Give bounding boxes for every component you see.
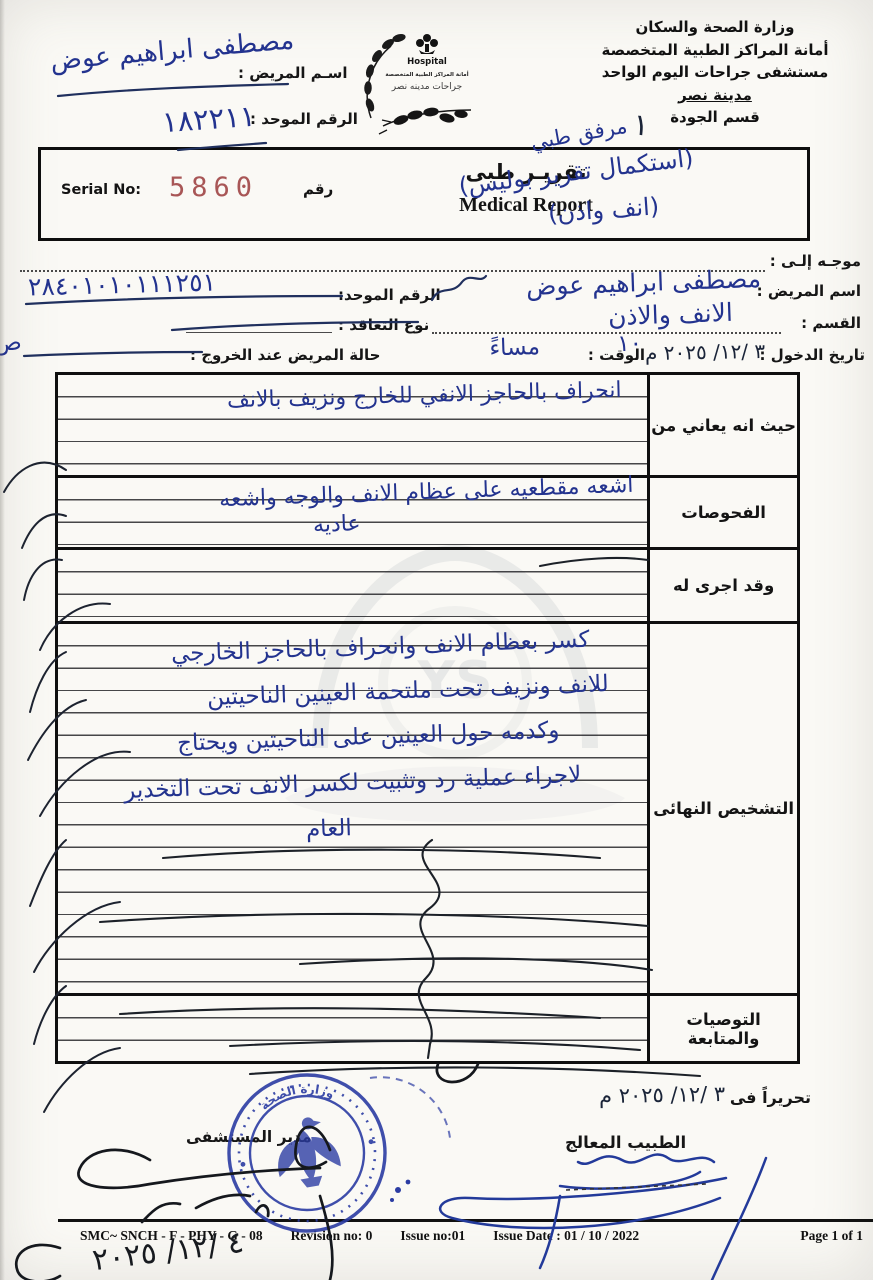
row-label-recommendations: التوصيات والمتابعة bbox=[647, 996, 797, 1061]
complaint-cell: انحراف بالحاجز الانفي للخارج ونزيف بالان… bbox=[58, 375, 647, 475]
egypt-eagle-icon bbox=[270, 1113, 344, 1192]
table-row-complaint: انحراف بالحاجز الانفي للخارج ونزيف بالان… bbox=[58, 375, 797, 475]
exams-handwriting-2: عاديه bbox=[313, 511, 361, 538]
signature-dotted-line bbox=[566, 1184, 706, 1190]
row-label-complaint: حيث انه يعاني من bbox=[647, 375, 797, 475]
raqam-label: رقم bbox=[303, 180, 333, 198]
diagnosis-line-5: العام bbox=[306, 815, 353, 843]
ministry-line: وزارة الصحة والسكان bbox=[565, 16, 865, 39]
treating-physician-label: الطبيب المعالج bbox=[565, 1133, 686, 1152]
row-label-procedures: وقد اجرى له bbox=[647, 550, 797, 621]
diagnosis-line-2: للانف ونزيف تحت ملتحمة العينين الناحيتين bbox=[207, 671, 609, 711]
recommendations-cell bbox=[58, 996, 647, 1061]
logo-wreath-icon: Hospital أمانة المراكز الطبية المتخصصة ج… bbox=[343, 26, 498, 156]
table-row-diagnosis: كسر بعظام الانف وانحراف بالحاجز الخارجي … bbox=[58, 621, 797, 993]
top-unified-value: ١٨٢٢١١ bbox=[161, 99, 257, 139]
contract-type-line bbox=[186, 318, 332, 333]
diagnosis-line-3: وكدمه حول العينين على الناحيتين ويحتاج bbox=[176, 717, 559, 756]
directed-to-label: موجـه إلـى : bbox=[770, 252, 861, 270]
row-label-diagnosis: التشخيص النهائى bbox=[647, 624, 797, 993]
footer-rule bbox=[58, 1219, 873, 1222]
handwritten-quality-mark: ١ bbox=[631, 107, 651, 143]
diagnosis-cell: كسر بعظام الانف وانحراف بالحاجز الخارجي … bbox=[58, 624, 647, 993]
exams-cell: اشعه مقطعيه على عظام الانف والوجه واشعه … bbox=[58, 478, 647, 547]
ministry-line: أمانة المراكز الطبية المتخصصة bbox=[565, 39, 865, 62]
top-unified-label: الرقم الموحد : bbox=[250, 110, 358, 128]
contract-type-label: نوع التعاقد : bbox=[338, 316, 429, 334]
report-table: انحراف بالحاجز الانفي للخارج ونزيف بالان… bbox=[55, 372, 800, 1064]
medical-report-scan: وزارة الصحة والسكان أمانة المراكز الطبية… bbox=[0, 0, 873, 1280]
top-patient-name-label: اسـم المريض : bbox=[238, 64, 347, 82]
footer-issue-no: Issue no:01 bbox=[400, 1228, 465, 1244]
scan-edge-shadow bbox=[0, 0, 5, 1280]
footer-issue-date: Issue Date : 01 / 10 / 2022 bbox=[493, 1228, 639, 1244]
table-row-recommendations: التوصيات والمتابعة bbox=[58, 993, 797, 1061]
department-value: الانف والاذن bbox=[608, 298, 734, 331]
diagnosis-line-4: لاجراء عملية رد وتثبيت لكسر الانف تحت ال… bbox=[123, 762, 581, 804]
logo-small-line: أمانة المراكز الطبية المتخصصة bbox=[385, 70, 468, 78]
issued-on-value: ٣ /١٢/ ٢٠٢٥ م bbox=[599, 1082, 726, 1108]
ministry-line: مدينة نصر bbox=[565, 84, 865, 107]
admission-date-label: تاريخ الدخول : bbox=[760, 346, 865, 364]
procedures-cell bbox=[58, 550, 647, 621]
issued-on-label: تحريراً فى bbox=[730, 1088, 811, 1107]
unified-no-value: ٢٨٤٠١٠١٠١١١٢٥١ bbox=[28, 268, 217, 302]
patient-name-label: اسم المريض : bbox=[757, 282, 861, 300]
table-row-exams: اشعه مقطعيه على عظام الانف والوجه واشعه … bbox=[58, 475, 797, 547]
footer-page: Page 1 of 1 bbox=[800, 1228, 863, 1244]
stamp-top-text: وزارة الصحة bbox=[255, 1076, 338, 1115]
diagnosis-line-1: كسر بعظام الانف وانحراف بالحاجز الخارجي bbox=[170, 627, 589, 668]
table-row-procedures: وقد اجرى له bbox=[58, 547, 797, 621]
logo-hospital-label: Hospital bbox=[407, 57, 447, 67]
hospital-logo: Hospital أمانة المراكز الطبية المتخصصة ج… bbox=[343, 26, 498, 156]
complaint-handwriting: انحراف بالحاجز الانفي للخارج ونزيف بالان… bbox=[226, 378, 621, 413]
discharge-state-label: حالة المريض عند الخروج : bbox=[190, 346, 380, 364]
unified-no-label: الرقم الموحد: bbox=[338, 286, 441, 304]
ministry-header: وزارة الصحة والسكان أمانة المراكز الطبية… bbox=[565, 16, 865, 129]
department-label: القسم : bbox=[801, 314, 861, 332]
logo-city-line: جراحات مدينه نصر bbox=[391, 82, 462, 92]
laurel-branch-icon bbox=[379, 108, 471, 134]
serial-number-stamp: 5860 bbox=[169, 172, 258, 203]
ministry-round-stamp: وزارة الصحة bbox=[212, 1058, 402, 1248]
admission-date-value: ٣ /١٢/ ٢٠٢٥ م bbox=[645, 339, 766, 365]
ministry-line: مستشفى جراحات اليوم الواحد bbox=[565, 61, 865, 84]
physician-signature bbox=[440, 1155, 766, 1280]
title-box: Serial No: 5860 رقم تقريـر طبى Medical R… bbox=[38, 147, 810, 241]
exams-handwriting-1: اشعه مقطعيه على عظام الانف والوجه واشعه bbox=[218, 473, 633, 512]
serial-label: Serial No: bbox=[61, 182, 141, 198]
row-label-exams: الفحوصات bbox=[647, 478, 797, 547]
svg-text:وزارة الصحة: وزارة الصحة bbox=[255, 1076, 338, 1115]
